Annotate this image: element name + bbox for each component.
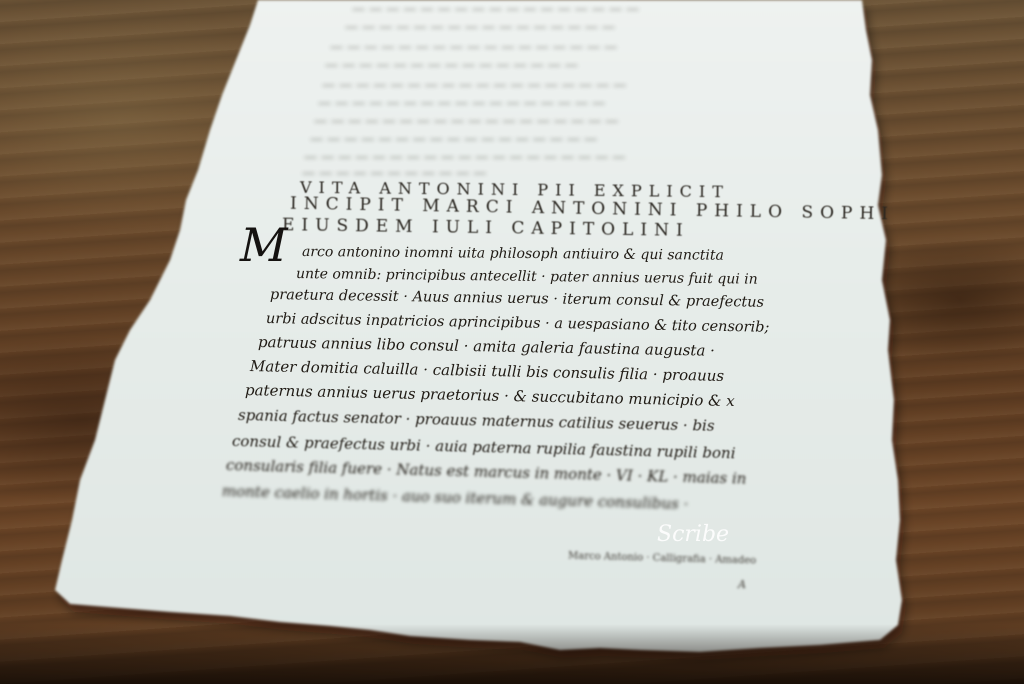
foreground-shadow (0, 624, 1024, 684)
deckle-edged-paper-sheet (0, 0, 1024, 684)
